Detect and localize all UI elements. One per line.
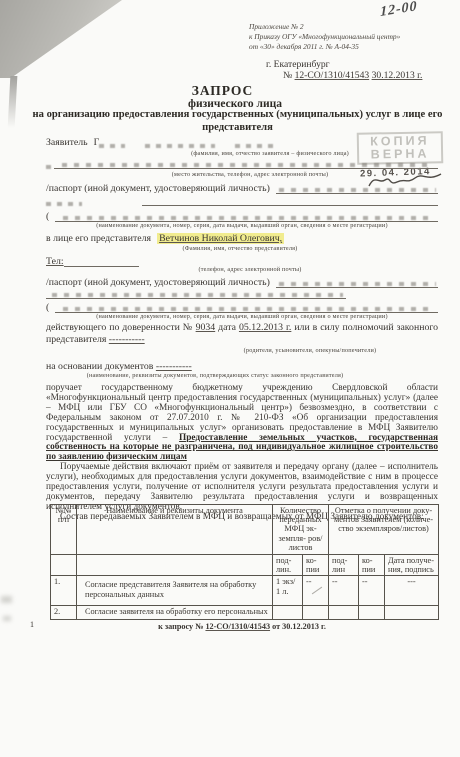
- doc-subtitle-2: на организацию предоставления государств…: [25, 109, 450, 134]
- redacted-text: [235, 144, 277, 148]
- city-line: г. Екатеринбург: [266, 59, 330, 70]
- pen-mark: [312, 586, 322, 594]
- basis-dashes: -----------: [156, 361, 192, 372]
- poa-number: 9034: [196, 322, 216, 333]
- table-subheader-row: под- лин. ко- пии под- лин ко- пии Дата …: [51, 555, 439, 576]
- handwritten-mark: 12-00: [380, 0, 417, 21]
- redacted-text: [46, 202, 82, 206]
- passport-label: /паспорт (иной документ, удостоверяющий …: [46, 277, 270, 288]
- row-num: 2.: [51, 606, 77, 620]
- scan-artifact: [1, 596, 12, 603]
- tel-label: Тел:: [46, 256, 64, 267]
- passport-row-2: [46, 196, 438, 206]
- poa-paragraph: действующего по доверенности № 9034 дата…: [46, 322, 438, 345]
- scan-artifact: [3, 616, 11, 621]
- paren-fragment: (: [46, 211, 49, 222]
- doc-details-row: (: [46, 211, 438, 222]
- redacted-field: [55, 212, 438, 222]
- doc-number-prefix: №: [283, 70, 292, 81]
- passport-row-representative-2: [46, 289, 438, 299]
- applicant-label: Заявитель: [46, 137, 88, 148]
- footer-ref-number: 12-СО/1310/41543: [205, 622, 270, 631]
- row-num: 1.: [51, 576, 77, 606]
- passport-row-representative: /паспорт (иной документ, удостоверяющий …: [46, 277, 438, 288]
- row-doc-name: Согласие представителя Заявителя на обра…: [77, 576, 273, 606]
- row-doc-name: Согласие заявителя на обработку его перс…: [77, 606, 273, 620]
- rep-name-highlight: Ветчинов Николай Олегович,: [157, 233, 284, 244]
- rep-label: в лице его представителя: [46, 233, 151, 244]
- row-mark-copies: --: [359, 576, 385, 606]
- basis-row: на основании документов -----------: [46, 361, 438, 372]
- subheader-date: Дата получе- ния, подпись: [385, 555, 439, 576]
- redacted-field: [54, 159, 438, 169]
- col-header-mark: Отметка о получении доку- ментов Заявите…: [329, 505, 439, 555]
- col-header-num: №№ п/п: [51, 505, 77, 555]
- poa-date: 05.12.2013 г.: [239, 322, 291, 333]
- subheader-original: под- лин: [329, 555, 359, 576]
- page-fold-corner: [0, 0, 122, 78]
- appendix-line: от «30» декабря 2011 г. № А-04-35: [249, 42, 400, 52]
- doc-details-row-2: (: [46, 302, 438, 313]
- tel-blank: [64, 257, 139, 267]
- passport-row-applicant: /паспорт (иной документ, удостоверяющий …: [46, 183, 438, 194]
- body-text: поручает государственному бюджетному учр…: [46, 384, 438, 523]
- blank-line: [142, 196, 438, 206]
- field-hint: (родители, усыновители, опекуны/попечите…: [210, 347, 410, 354]
- footer-page-number: 1: [30, 620, 34, 629]
- row-mark-originals: --: [329, 576, 359, 606]
- scanned-document-page: 12-00 Приложение № 2 к Приказу ОГУ «Мног…: [0, 0, 460, 757]
- row-mark-date: ---: [385, 576, 439, 606]
- doc-date: 30.12.2013 г.: [372, 70, 423, 81]
- field-hint: (наименование документа, номер, серия, д…: [46, 313, 438, 320]
- doc-number-line: № 12-СО/1310/41543 30.12.2013 г.: [283, 70, 422, 81]
- body-paragraph-1: поручает государственному бюджетному учр…: [46, 384, 438, 463]
- subheader-copies: ко- пии: [359, 555, 385, 576]
- table-row: 2. Согласие заявителя на обработку его п…: [51, 606, 439, 620]
- redacted-text: [46, 165, 54, 169]
- field-hint: (фамилия, имя, отчество заявителя – физи…: [150, 150, 390, 157]
- field-hint: (наименование документа, номер, серия, д…: [46, 222, 438, 229]
- appendix-line: Приложение № 2: [249, 22, 400, 32]
- paren-fragment: (: [46, 302, 49, 313]
- appendix-line: к Приказу ОГУ «Многофункциональный центр…: [249, 32, 400, 42]
- field-hint: (наименование, реквизиты документов, под…: [60, 372, 370, 379]
- field-hint: (место жительства, телефон, адрес электр…: [130, 171, 370, 178]
- subheader-copies: ко- пии: [303, 555, 329, 576]
- redacted-text: [99, 144, 125, 148]
- redacted-text: [145, 144, 215, 148]
- documents-table: №№ п/п Наименование и реквизиты документ…: [50, 504, 439, 620]
- table-header-row: №№ п/п Наименование и реквизиты документ…: [51, 505, 439, 555]
- redacted-field: [46, 289, 346, 299]
- basis-label: на основании документов: [46, 361, 153, 372]
- row-qty-originals: 1 экз/ 1 л.: [273, 576, 303, 606]
- redacted-field: [276, 184, 438, 194]
- poa-dashes: -----------: [109, 334, 145, 345]
- applicant-row: Заявитель Г: [46, 137, 438, 148]
- appendix-block: Приложение № 2 к Приказу ОГУ «Многофункц…: [249, 22, 400, 52]
- field-hint: (телефон, адрес электронной почты): [130, 266, 370, 273]
- passport-label: /паспорт (иной документ, удостоверяющий …: [46, 183, 270, 194]
- doc-title: ЗАПРОС: [0, 83, 445, 99]
- representative-row: в лице его представителя Ветчинов Никола…: [46, 233, 438, 244]
- table-row: 1. Согласие представителя Заявителя на о…: [51, 576, 439, 606]
- subheader-original: под- лин.: [273, 555, 303, 576]
- redacted-field: [276, 278, 438, 288]
- address-row: [46, 159, 438, 169]
- doc-number: 12-СО/1310/41543: [295, 70, 370, 81]
- col-header-qty: Количество переданных МФЦ эк- земпля- ро…: [273, 505, 329, 555]
- row-qty-copies: --: [303, 576, 329, 606]
- field-hint: (Фамилия, имя, отчество представителя): [120, 245, 360, 252]
- col-header-doc: Наименование и реквизиты документа: [77, 505, 273, 555]
- footer-reference: к запросу № 12-СО/1310/41543 от 30.12.20…: [46, 622, 438, 631]
- redacted-field: [55, 303, 438, 313]
